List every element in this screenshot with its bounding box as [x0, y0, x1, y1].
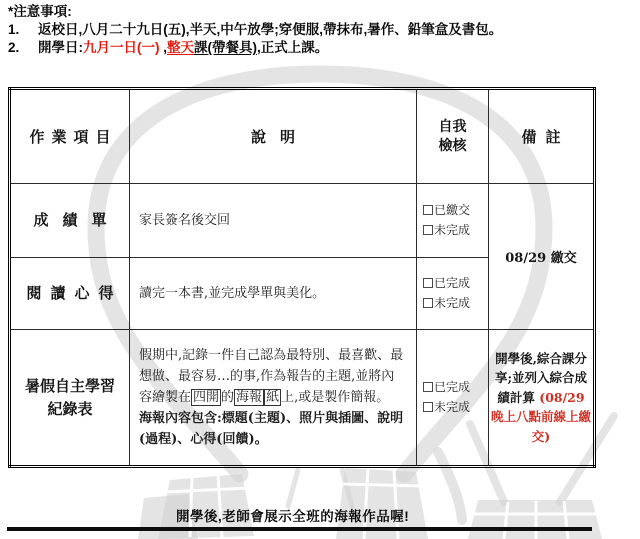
- checkbox-icon: [423, 278, 433, 288]
- homework-table-wrap: 作業項目 說明 自我 檢核 備註 成績單 家長簽名後交回 已繳交 未完成 08/…: [8, 87, 596, 468]
- boxed-word-paper-size: 四開: [191, 389, 221, 406]
- table-row-self-learning: 暑假自主學習 紀錄表 假期中,記錄一件自己認為最特別、最喜歡、最想做、最容易…的…: [10, 330, 595, 467]
- notice-item-2-number: 2.: [8, 39, 38, 57]
- checkbox-icon: [423, 298, 433, 308]
- remark-due-date: 08/29 繳交: [489, 184, 595, 330]
- segment-plain: ,: [160, 40, 168, 55]
- footer-announcement: 開學後,老師會展示全班的海報作品喔!: [176, 505, 409, 525]
- desc-text: 上,或是製作簡報。: [281, 390, 389, 405]
- segment-red-date: 九月一日(一): [83, 40, 160, 55]
- desc-self-learning: 假期中,記錄一件自己認為最特別、最喜歡、最想做、最容易…的事,作為報告的主題,並…: [130, 330, 417, 467]
- checkbox-label: 未完成: [434, 400, 470, 414]
- checkbox-incomplete: 未完成: [423, 398, 488, 417]
- item-report-card: 成績單: [10, 184, 130, 258]
- homework-table: 作業項目 說明 自我 檢核 備註 成績單 家長簽名後交回 已繳交 未完成 08/…: [8, 87, 596, 468]
- notice-item-1-number: 1.: [8, 21, 38, 39]
- notice-item-2: 2. 開學日:九月一日(一) ,整天課(帶餐具),正式上課。: [8, 39, 502, 57]
- selfcheck-report-card: 已繳交 未完成: [417, 184, 489, 258]
- item-self-learning: 暑假自主學習 紀錄表: [10, 330, 130, 467]
- checkbox-icon: [423, 382, 433, 392]
- notice-item-1-text: 返校日,八月二十九日(五),半天,中午放學;穿便服,帶抹布,暑作、鉛筆盒及書包。: [38, 21, 502, 39]
- table-row-report-card: 成績單 家長簽名後交回 已繳交 未完成 08/29 繳交: [10, 184, 595, 258]
- checkbox-done: 已完成: [423, 274, 488, 293]
- item-reading: 閱讀心得: [10, 258, 130, 330]
- checkbox-submitted: 已繳交: [423, 201, 488, 220]
- checkbox-label: 已繳交: [434, 203, 470, 217]
- header-desc-column: 說明: [130, 89, 417, 184]
- checkbox-done: 已完成: [423, 378, 488, 397]
- checkbox-label: 已完成: [434, 380, 470, 394]
- table-header-row: 作業項目 說明 自我 檢核 備註: [10, 89, 595, 184]
- desc-poster-contents: 海報內容包含:標題(主題)、照片與插圖、說明(過程)、心得(回饋)。: [139, 408, 407, 450]
- selfcheck-self-learning: 已完成 未完成: [417, 330, 489, 467]
- notice-item-2-text: 開學日:九月一日(一) ,整天課(帶餐具),正式上課。: [38, 39, 328, 57]
- checkbox-icon: [423, 205, 433, 215]
- desc-text: 的: [221, 390, 234, 405]
- checkbox-incomplete: 未完成: [423, 294, 488, 313]
- desc-report-card: 家長簽名後交回: [130, 184, 417, 258]
- remark-self-learning: 開學後,綜合課分享;並列入綜合成績計算 (08/29 晚上八點前線上繳交): [489, 330, 595, 467]
- segment-plain: 開學日:: [38, 40, 83, 55]
- checkbox-icon: [423, 402, 433, 412]
- header-item-column: 作業項目: [10, 89, 130, 184]
- boxed-word-sheet: 紙: [264, 389, 281, 406]
- desc-reading: 讀完一本書,並完成學單與美化。: [130, 258, 417, 330]
- boxed-word-poster: 海報: [234, 389, 264, 406]
- header-selfcheck-column: 自我 檢核: [417, 89, 489, 184]
- selfcheck-reading: 已完成 未完成: [417, 258, 489, 330]
- header-remark-column: 備註: [489, 89, 595, 184]
- notice-item-1: 1. 返校日,八月二十九日(五),半天,中午放學;穿便服,帶抹布,暑作、鉛筆盒及…: [8, 21, 502, 39]
- notice-section: *注意事項: 1. 返校日,八月二十九日(五),半天,中午放學;穿便服,帶抹布,…: [8, 3, 502, 57]
- checkbox-label: 未完成: [434, 296, 470, 310]
- segment-red-underline: 整天: [167, 40, 194, 55]
- checkbox-label: 已完成: [434, 276, 470, 290]
- school-notice-page: *注意事項: 1. 返校日,八月二十九日(五),半天,中午放學;穿便服,帶抹布,…: [0, 0, 640, 539]
- checkbox-incomplete: 未完成: [423, 221, 488, 240]
- checkbox-label: 未完成: [434, 223, 470, 237]
- segment-underline: 課(帶餐具): [194, 40, 257, 55]
- segment-plain: ,正式上課。: [257, 40, 328, 55]
- notice-title: *注意事項:: [8, 3, 502, 21]
- footer-divider-line: [7, 527, 592, 531]
- checkbox-icon: [423, 225, 433, 235]
